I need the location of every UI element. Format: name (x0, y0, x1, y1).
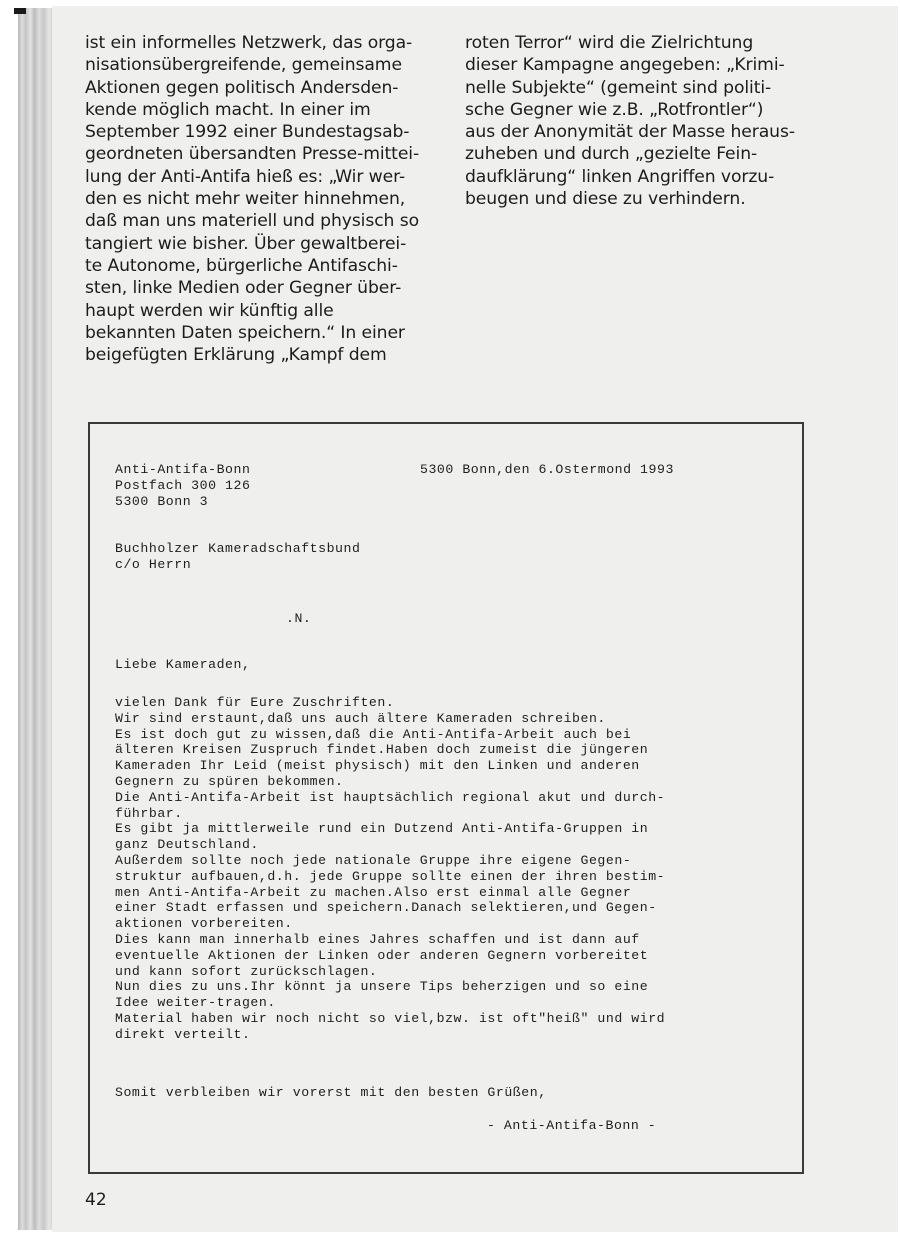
book-binding (18, 8, 54, 1230)
letter-recipient-address: Buchholzer Kameradschaftsbund c/o Herrn (115, 541, 360, 573)
binding-tab (14, 8, 26, 14)
left-text-column: ist ein informelles Netzwerk, das orga- … (85, 32, 419, 366)
right-text-column: roten Terror“ wird die Zielrichtung dies… (465, 32, 795, 210)
letter-body: vielen Dank für Eure Zuschriften. Wir si… (115, 695, 665, 1043)
letter-closing: Somit verbleiben wir vorerst mit den bes… (115, 1085, 547, 1101)
letter-salutation: Liebe Kameraden, (115, 657, 250, 673)
letter-signature: - Anti-Antifa-Bonn - (487, 1118, 656, 1134)
letter-sender-address: Anti-Antifa-Bonn Postfach 300 126 5300 B… (115, 462, 250, 511)
letter-recipient-name: .N. (286, 611, 311, 627)
page-number: 42 (85, 1190, 107, 1210)
letter-facsimile-box: Anti-Antifa-Bonn Postfach 300 126 5300 B… (88, 422, 804, 1174)
document-page: ist ein informelles Netzwerk, das orga- … (52, 6, 898, 1232)
letter-date: 5300 Bonn,den 6.Ostermond 1993 (420, 462, 674, 478)
